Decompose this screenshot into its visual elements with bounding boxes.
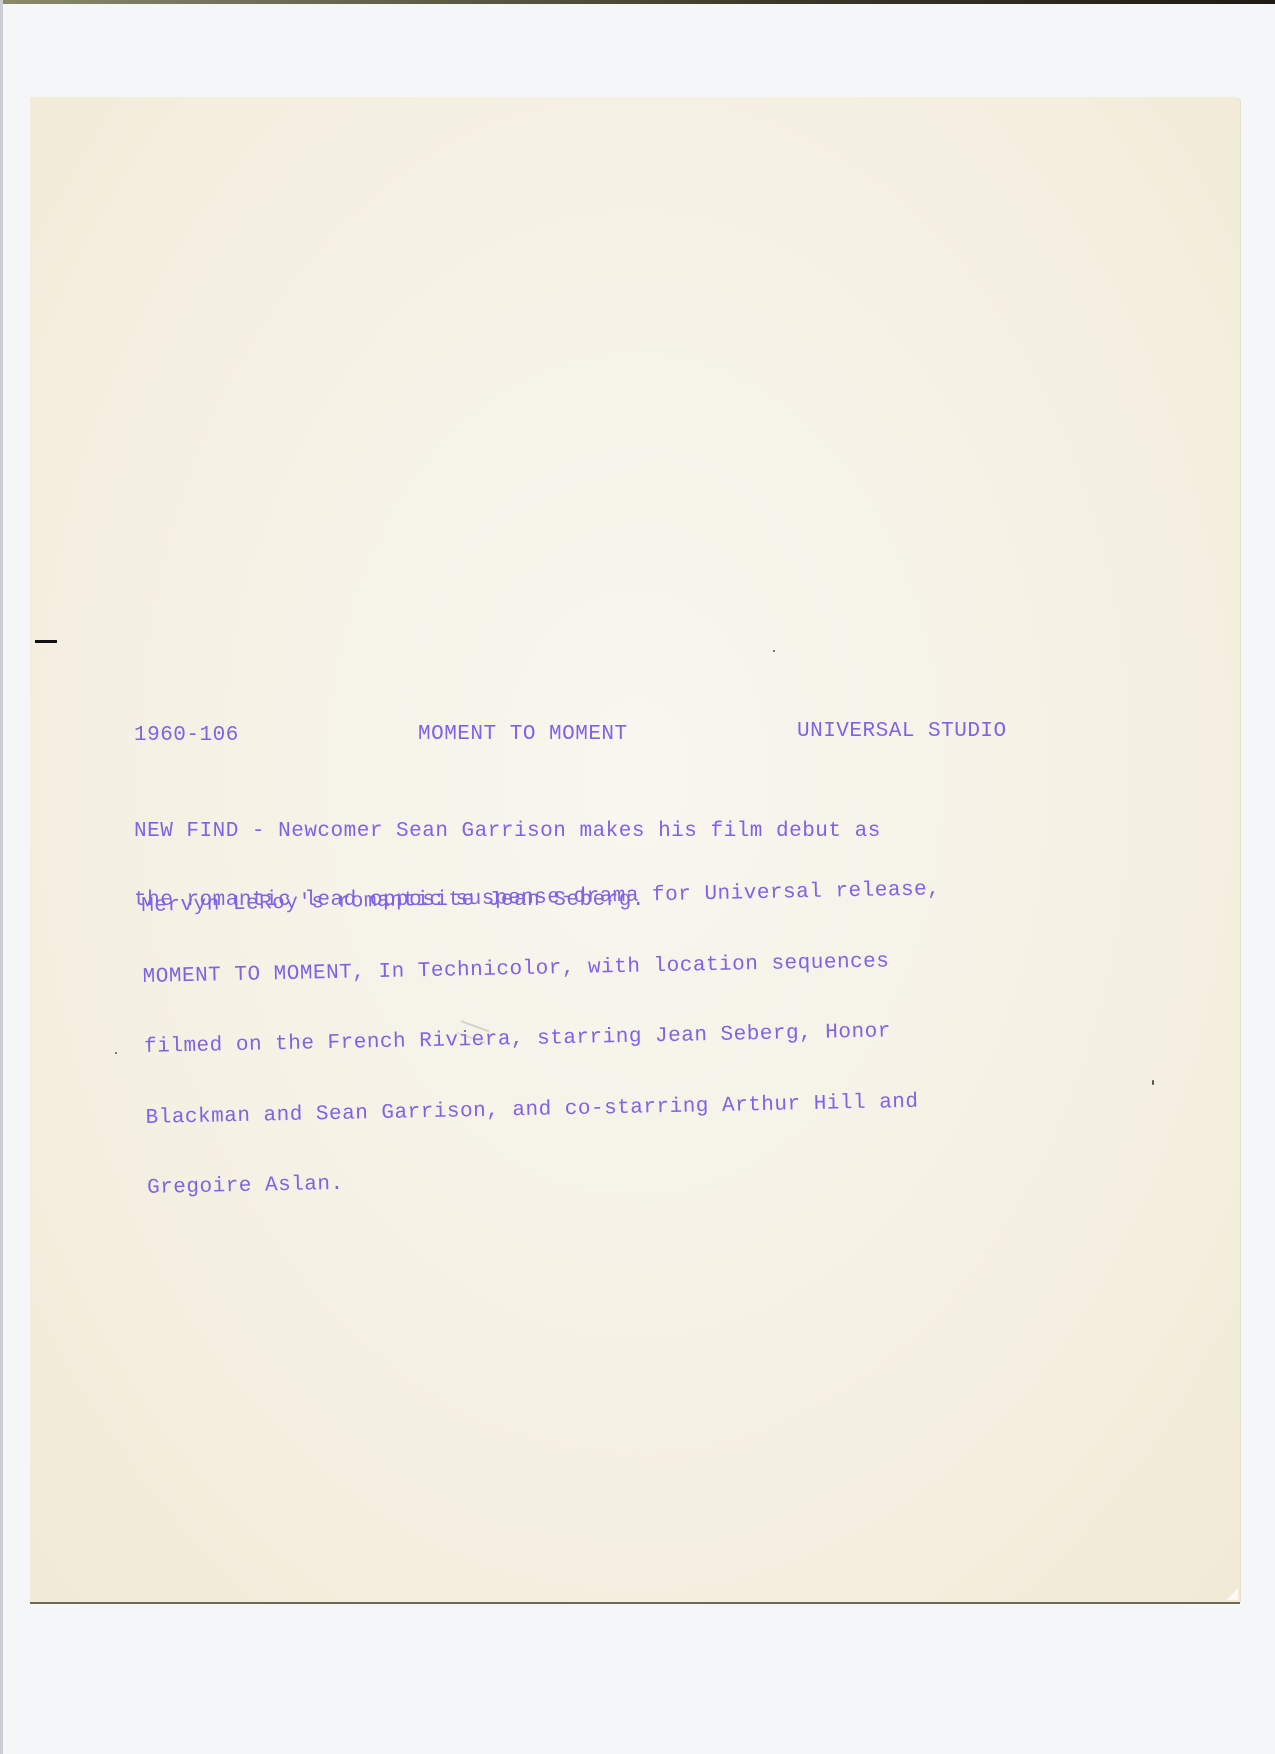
- body-line: MOMENT TO MOMENT, In Technicolor, with l…: [142, 949, 942, 989]
- paper-speck: [115, 1052, 117, 1054]
- film-title: MOMENT TO MOMENT: [418, 724, 628, 745]
- release-number: 1960-106: [134, 725, 239, 746]
- paper-speck: [1152, 1080, 1154, 1085]
- paper-speck: [773, 650, 775, 652]
- paper-corner-fold: [1226, 1588, 1238, 1600]
- margin-pencil-mark: [35, 640, 57, 643]
- body-line: Mervyn LeRoy's romantic suspense-drama f…: [141, 878, 941, 918]
- scan-top-edge: [0, 0, 1275, 4]
- caption-body: Mervyn LeRoy's romantic suspense-drama f…: [140, 831, 947, 1224]
- body-line: Gregoire Aslan.: [147, 1160, 947, 1200]
- body-line: Blackman and Sean Garrison, and co-starr…: [145, 1090, 945, 1130]
- scan-left-edge: [0, 0, 3, 1754]
- studio-name: UNIVERSAL STUDIO: [797, 721, 1007, 742]
- body-line: filmed on the French Riviera, starring J…: [144, 1019, 944, 1059]
